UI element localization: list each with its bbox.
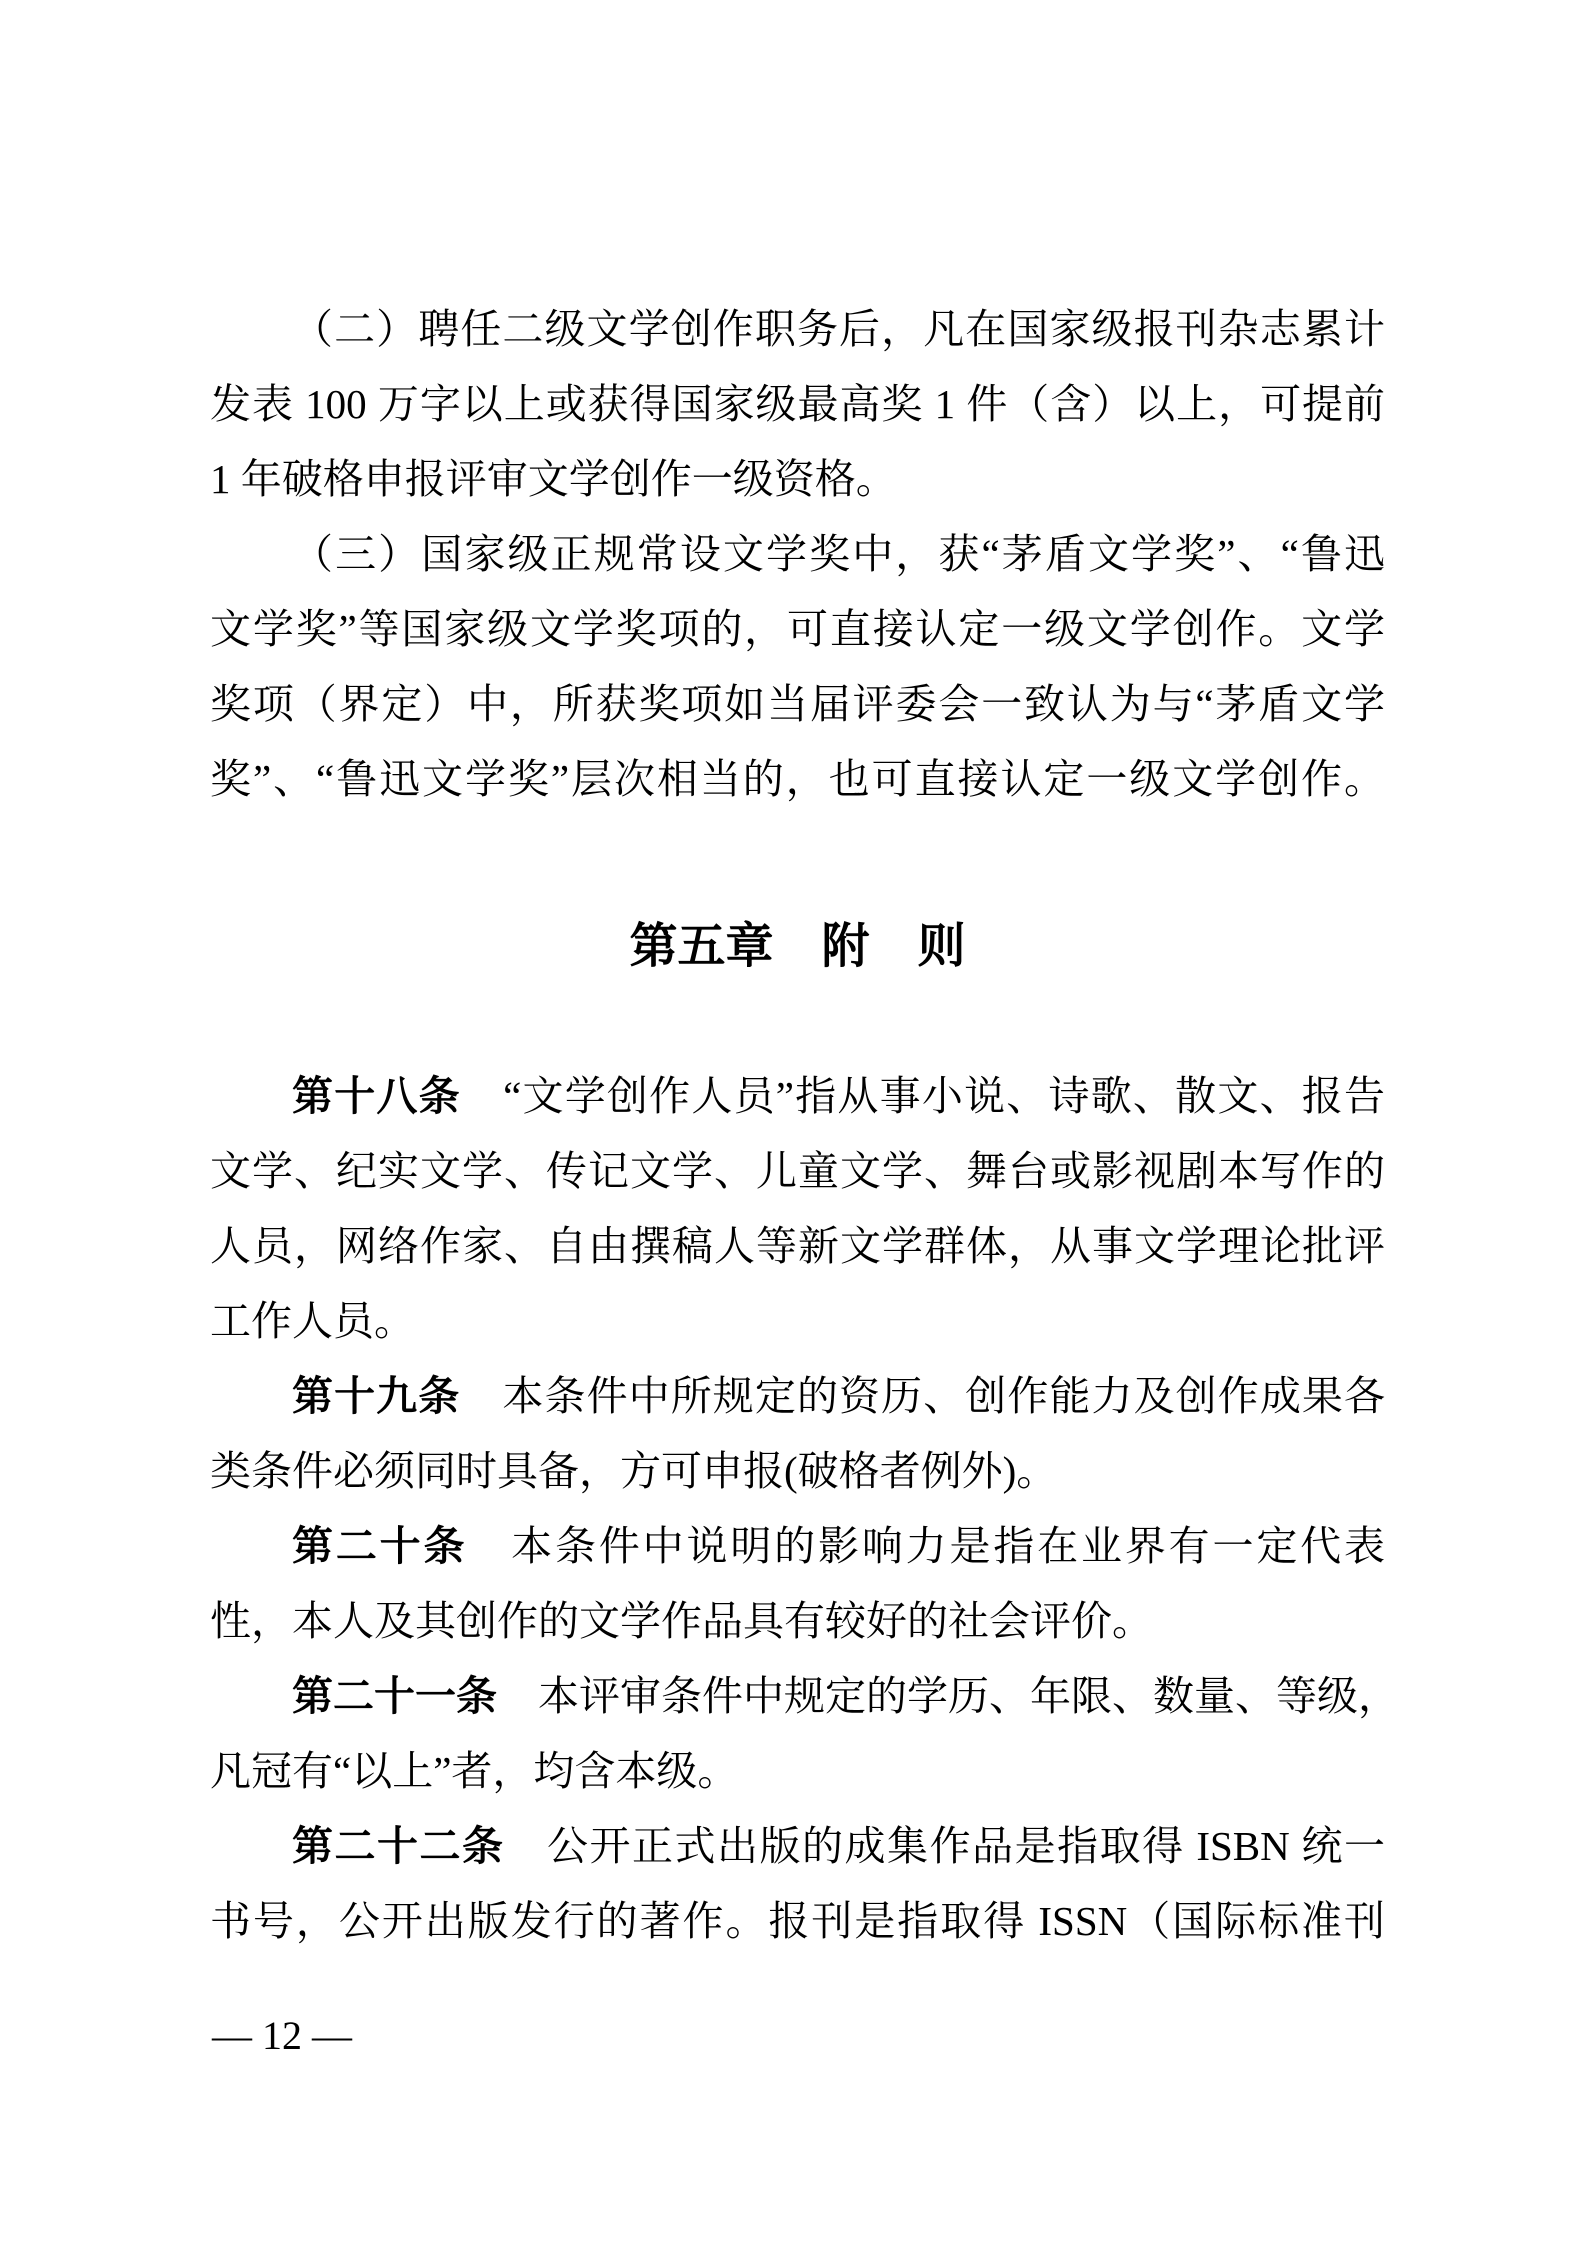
text-line: 奖”、“鲁迅文学奖”层次相当的，也可直接认定一级文学创作。	[210, 742, 1385, 817]
text-run: （三）国家级正规常设文学奖中，获“茅盾文学奖”、“鲁迅	[292, 531, 1385, 577]
text-run: 1 年破格申报评审文学创作一级资格。	[210, 456, 897, 502]
text-line: 发表 100 万字以上或获得国家级最高奖 1 件（含）以上，可提前	[210, 367, 1385, 442]
document-page: （二）聘任二级文学创作职务后，凡在国家级报刊杂志累计发表 100 万字以上或获得…	[0, 0, 1587, 2245]
text-line: （二）聘任二级文学创作职务后，凡在国家级报刊杂志累计	[210, 292, 1385, 367]
article-number: 第二十条	[292, 1523, 467, 1569]
text-line: 性，本人及其创作的文学作品具有较好的社会评价。	[210, 1584, 1385, 1659]
text-line: 1 年破格申报评审文学创作一级资格。	[210, 442, 1385, 517]
text-run: 文学、纪实文学、传记文学、儿童文学、舞台或影视剧本写作的	[210, 1148, 1385, 1194]
text-run: 文学奖”等国家级文学奖项的，可直接认定一级文学创作。文学	[210, 606, 1385, 652]
article-number: 第十八条	[292, 1073, 461, 1119]
section-before-heading: （二）聘任二级文学创作职务后，凡在国家级报刊杂志累计发表 100 万字以上或获得…	[210, 292, 1385, 817]
section-after-heading: 第十八条 “文学创作人员”指从事小说、诗歌、散文、报告文学、纪实文学、传记文学、…	[210, 1059, 1385, 1959]
paragraph: （二）聘任二级文学创作职务后，凡在国家级报刊杂志累计发表 100 万字以上或获得…	[210, 292, 1385, 517]
text-run: 公开正式出版的成集作品是指取得 ISBN 统一	[505, 1823, 1385, 1869]
text-line: 凡冠有“以上”者，均含本级。	[210, 1734, 1385, 1809]
text-run: 奖项（界定）中，所获奖项如当届评委会一致认为与“茅盾文学	[210, 681, 1385, 727]
page-number: — 12 —	[212, 2012, 352, 2060]
text-line: 第二十条 本条件中说明的影响力是指在业界有一定代表	[210, 1509, 1385, 1584]
document-body: （二）聘任二级文学创作职务后，凡在国家级报刊杂志累计发表 100 万字以上或获得…	[210, 292, 1385, 1959]
text-run: 本评审条件中规定的学历、年限、数量、等级，	[497, 1673, 1399, 1719]
paragraph: 第十八条 “文学创作人员”指从事小说、诗歌、散文、报告文学、纪实文学、传记文学、…	[210, 1059, 1385, 1359]
text-run: 本条件中说明的影响力是指在业界有一定代表	[467, 1523, 1385, 1569]
paragraph: 第二十条 本条件中说明的影响力是指在业界有一定代表性，本人及其创作的文学作品具有…	[210, 1509, 1385, 1659]
article-number: 第二十一条	[292, 1673, 497, 1719]
text-run: 类条件必须同时具备，方可申报(破格者例外)。	[210, 1448, 1057, 1494]
text-run: 人员，网络作家、自由撰稿人等新文学群体，从事文学理论批评	[210, 1223, 1385, 1269]
text-line: 类条件必须同时具备，方可申报(破格者例外)。	[210, 1434, 1385, 1509]
text-line: 第十八条 “文学创作人员”指从事小说、诗歌、散文、报告	[210, 1059, 1385, 1134]
text-run: 本条件中所规定的资历、创作能力及创作成果各	[460, 1373, 1385, 1419]
text-run: 书号，公开出版发行的著作。报刊是指取得 ISSN（国际标准刊	[210, 1898, 1385, 1944]
article-number: 第二十二条	[292, 1823, 505, 1869]
text-line: 文学、纪实文学、传记文学、儿童文学、舞台或影视剧本写作的	[210, 1134, 1385, 1209]
article-number: 第十九条	[292, 1373, 460, 1419]
text-line: 奖项（界定）中，所获奖项如当届评委会一致认为与“茅盾文学	[210, 667, 1385, 742]
text-line: 工作人员。	[210, 1284, 1385, 1359]
text-run: （二）聘任二级文学创作职务后，凡在国家级报刊杂志累计	[292, 306, 1385, 352]
text-line: 人员，网络作家、自由撰稿人等新文学群体，从事文学理论批评	[210, 1209, 1385, 1284]
text-run: 奖”、“鲁迅文学奖”层次相当的，也可直接认定一级文学创作。	[210, 756, 1385, 802]
text-line: （三）国家级正规常设文学奖中，获“茅盾文学奖”、“鲁迅	[210, 517, 1385, 592]
paragraph: （三）国家级正规常设文学奖中，获“茅盾文学奖”、“鲁迅文学奖”等国家级文学奖项的…	[210, 517, 1385, 817]
text-line: 第十九条 本条件中所规定的资历、创作能力及创作成果各	[210, 1359, 1385, 1434]
text-run: “文学创作人员”指从事小说、诗歌、散文、报告	[461, 1073, 1385, 1119]
text-line: 第二十一条 本评审条件中规定的学历、年限、数量、等级，	[210, 1659, 1385, 1734]
paragraph: 第二十二条 公开正式出版的成集作品是指取得 ISBN 统一书号，公开出版发行的著…	[210, 1809, 1385, 1959]
text-run: 凡冠有“以上”者，均含本级。	[210, 1748, 738, 1794]
text-line: 文学奖”等国家级文学奖项的，可直接认定一级文学创作。文学	[210, 592, 1385, 667]
text-run: 发表 100 万字以上或获得国家级最高奖 1 件（含）以上，可提前	[210, 381, 1385, 427]
paragraph: 第二十一条 本评审条件中规定的学历、年限、数量、等级，凡冠有“以上”者，均含本级…	[210, 1659, 1385, 1809]
text-run: 性，本人及其创作的文学作品具有较好的社会评价。	[210, 1598, 1153, 1644]
text-line: 书号，公开出版发行的著作。报刊是指取得 ISSN（国际标准刊	[210, 1884, 1385, 1959]
chapter-heading: 第五章 附 则	[210, 909, 1385, 984]
text-line: 第二十二条 公开正式出版的成集作品是指取得 ISBN 统一	[210, 1809, 1385, 1884]
paragraph: 第十九条 本条件中所规定的资历、创作能力及创作成果各类条件必须同时具备，方可申报…	[210, 1359, 1385, 1509]
text-run: 工作人员。	[210, 1298, 415, 1344]
